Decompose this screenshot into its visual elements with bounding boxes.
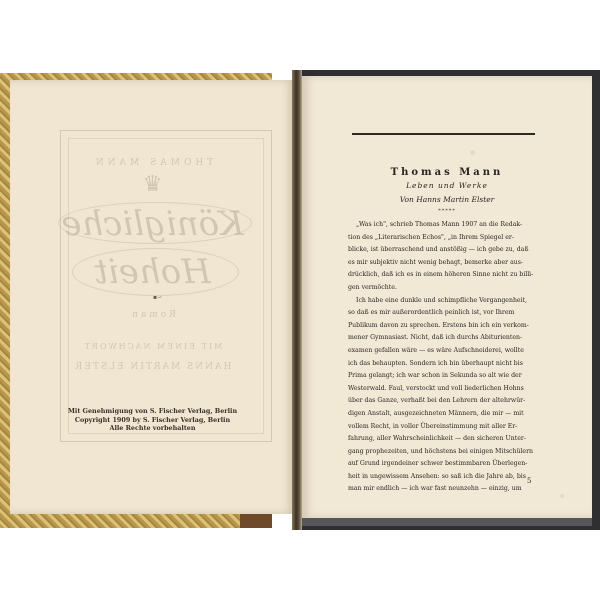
body-line: examen gefallen wäre — es wäre Aufschnei… bbox=[348, 345, 538, 358]
paper-spot bbox=[560, 494, 564, 498]
body-line: vollem Recht, in voller Übereinstimmung … bbox=[348, 421, 538, 434]
body-line: Publikum davon zu sprechen. Erstens bin … bbox=[348, 320, 538, 333]
imprint-block: Mit Genehmigung von S. Fischer Verlag, B… bbox=[10, 407, 295, 433]
body-line: drücklich, daß ich es in einem höheren S… bbox=[348, 269, 538, 282]
page-number: 5 bbox=[527, 477, 531, 485]
left-page: THOMAS MANN ♛ Königliche Hoheit Roman MI… bbox=[10, 80, 295, 514]
body-line: man mir endlich — ich war fast neunzehn … bbox=[348, 483, 538, 496]
imprint-line: Copyright 1909 by S. Fischer Verlag, Ber… bbox=[10, 416, 295, 425]
body-line: Ich habe eine dunkle und schimpfliche Ve… bbox=[348, 295, 538, 308]
ghost-line4: HANNS MARTIN ELSTER bbox=[10, 362, 295, 372]
body-line: tion des „Literarischen Echos", „in Ihre… bbox=[348, 232, 538, 245]
chapter-byline: Von Hanns Martin Elster bbox=[302, 195, 592, 204]
body-line: auf Grund irgendeiner schwer bestimmbare… bbox=[348, 458, 538, 471]
body-line: fahrung, aller Wahrscheinlichkeit — den … bbox=[348, 433, 538, 446]
chapter-subtitle: Leben und Werke bbox=[302, 181, 592, 190]
page-edge-shadow bbox=[302, 518, 592, 526]
body-line: über das Ganze, verhaßt bei den Lehrern … bbox=[348, 395, 538, 408]
body-line: Westerwald. Faul, verstockt und voll lie… bbox=[348, 383, 538, 396]
paper-spot bbox=[470, 150, 475, 155]
body-line: es mir subjektiv nicht wenig behagt, bem… bbox=[348, 257, 538, 270]
body-line: Prima gelangt; ich war schon in Sekunda … bbox=[348, 370, 538, 383]
chapter-title: Thomas Mann bbox=[302, 167, 592, 178]
ghost-line3: MIT EINEM NACHWORT bbox=[10, 342, 295, 351]
body-line: gen vermöchte. bbox=[348, 282, 538, 295]
ghost-title-line2: Hoheit bbox=[10, 252, 295, 292]
ghost-subtitle: Roman bbox=[10, 310, 295, 320]
header-rule bbox=[352, 133, 535, 135]
ghost-author: THOMAS MANN bbox=[10, 158, 295, 168]
body-line: ich das behaupten. Sondern ich bin überh… bbox=[348, 358, 538, 371]
body-line: mener Gymnasiast. Nicht, daß ich durchs … bbox=[348, 332, 538, 345]
body-line: blicke, ist überraschend und anstößig — … bbox=[348, 244, 538, 257]
section-stars: ***** bbox=[302, 208, 592, 214]
book-gutter bbox=[292, 70, 302, 530]
body-line: so daß es mir außerordentlich peinlich i… bbox=[348, 307, 538, 320]
ornament-icon: ▪∽ bbox=[153, 294, 162, 301]
imprint-line: Mit Genehmigung von S. Fischer Verlag, B… bbox=[10, 407, 295, 416]
ghost-title-line1: Königliche bbox=[10, 204, 295, 244]
body-line: digen Anstalt, ausgezeichneten Männern, … bbox=[348, 408, 538, 421]
imprint-line: Alle Rechte vorbehalten bbox=[10, 424, 295, 433]
body-text: „Was ich", schrieb Thomas Mann 1907 an d… bbox=[348, 219, 538, 496]
crown-icon: ♛ bbox=[10, 172, 295, 197]
body-line: „Was ich", schrieb Thomas Mann 1907 an d… bbox=[348, 219, 538, 232]
body-line: gang prophezeiten, und höchstens bei ein… bbox=[348, 446, 538, 459]
body-line: heit in ungewissem Ansehen: so saß ich d… bbox=[348, 471, 538, 484]
